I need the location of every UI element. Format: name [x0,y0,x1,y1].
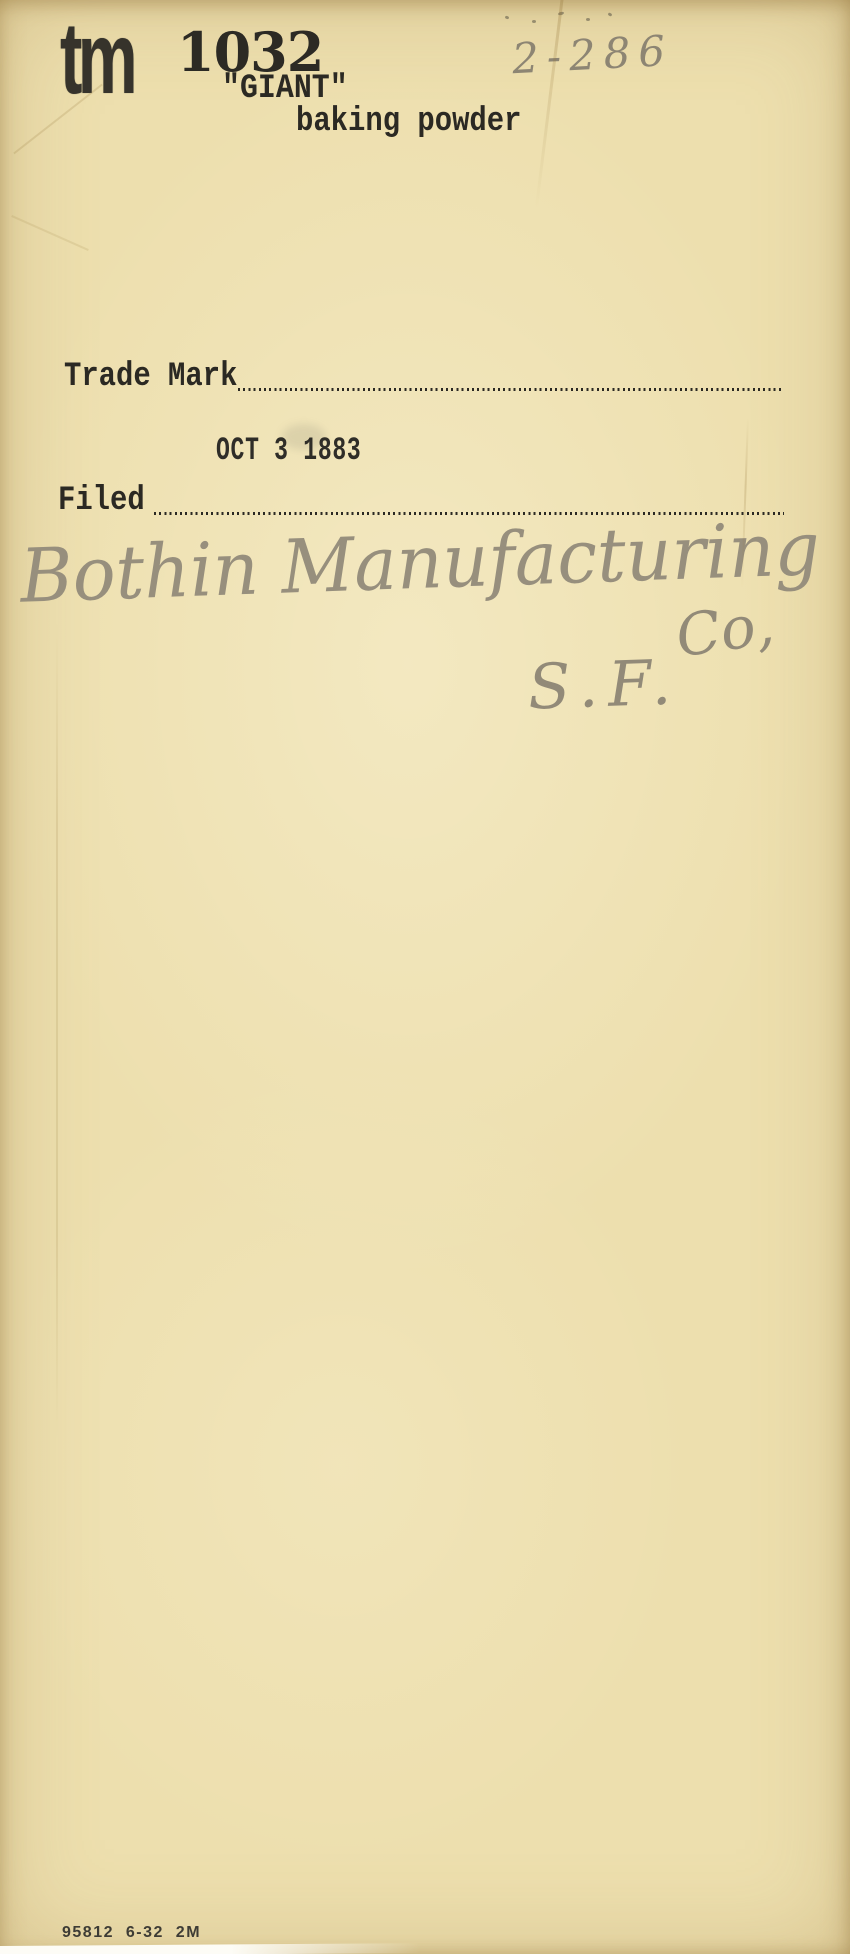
stray-pencil-mark [586,18,590,21]
trademark-product: baking powder [296,103,521,141]
stray-pencil-mark [532,20,536,23]
scan-edge-sliver [0,1943,420,1954]
footer-print-code: 95812 6-32 2M [62,1924,201,1942]
trade-mark-dotted-line [238,388,781,391]
stray-pencil-mark [505,15,510,19]
tm-stamp: tm [60,14,133,102]
paper-wrinkle [11,215,89,251]
trade-mark-field: Trade Mark [64,360,781,394]
trade-mark-label: Trade Mark [64,360,237,394]
handwritten-city: S.F. [527,645,683,723]
trademark-filing-card: tm 1032 2-286 "GIANT" baking powder Trad… [0,0,850,1954]
filed-date-stamp: OCT 3 1883 [216,436,361,466]
stray-pencil-mark [608,12,613,17]
handwritten-co: Co, [672,590,778,671]
paper-crease [56,620,58,1440]
page-number-annotation: 2-286 [511,26,674,83]
stray-pencil-mark [558,11,565,15]
